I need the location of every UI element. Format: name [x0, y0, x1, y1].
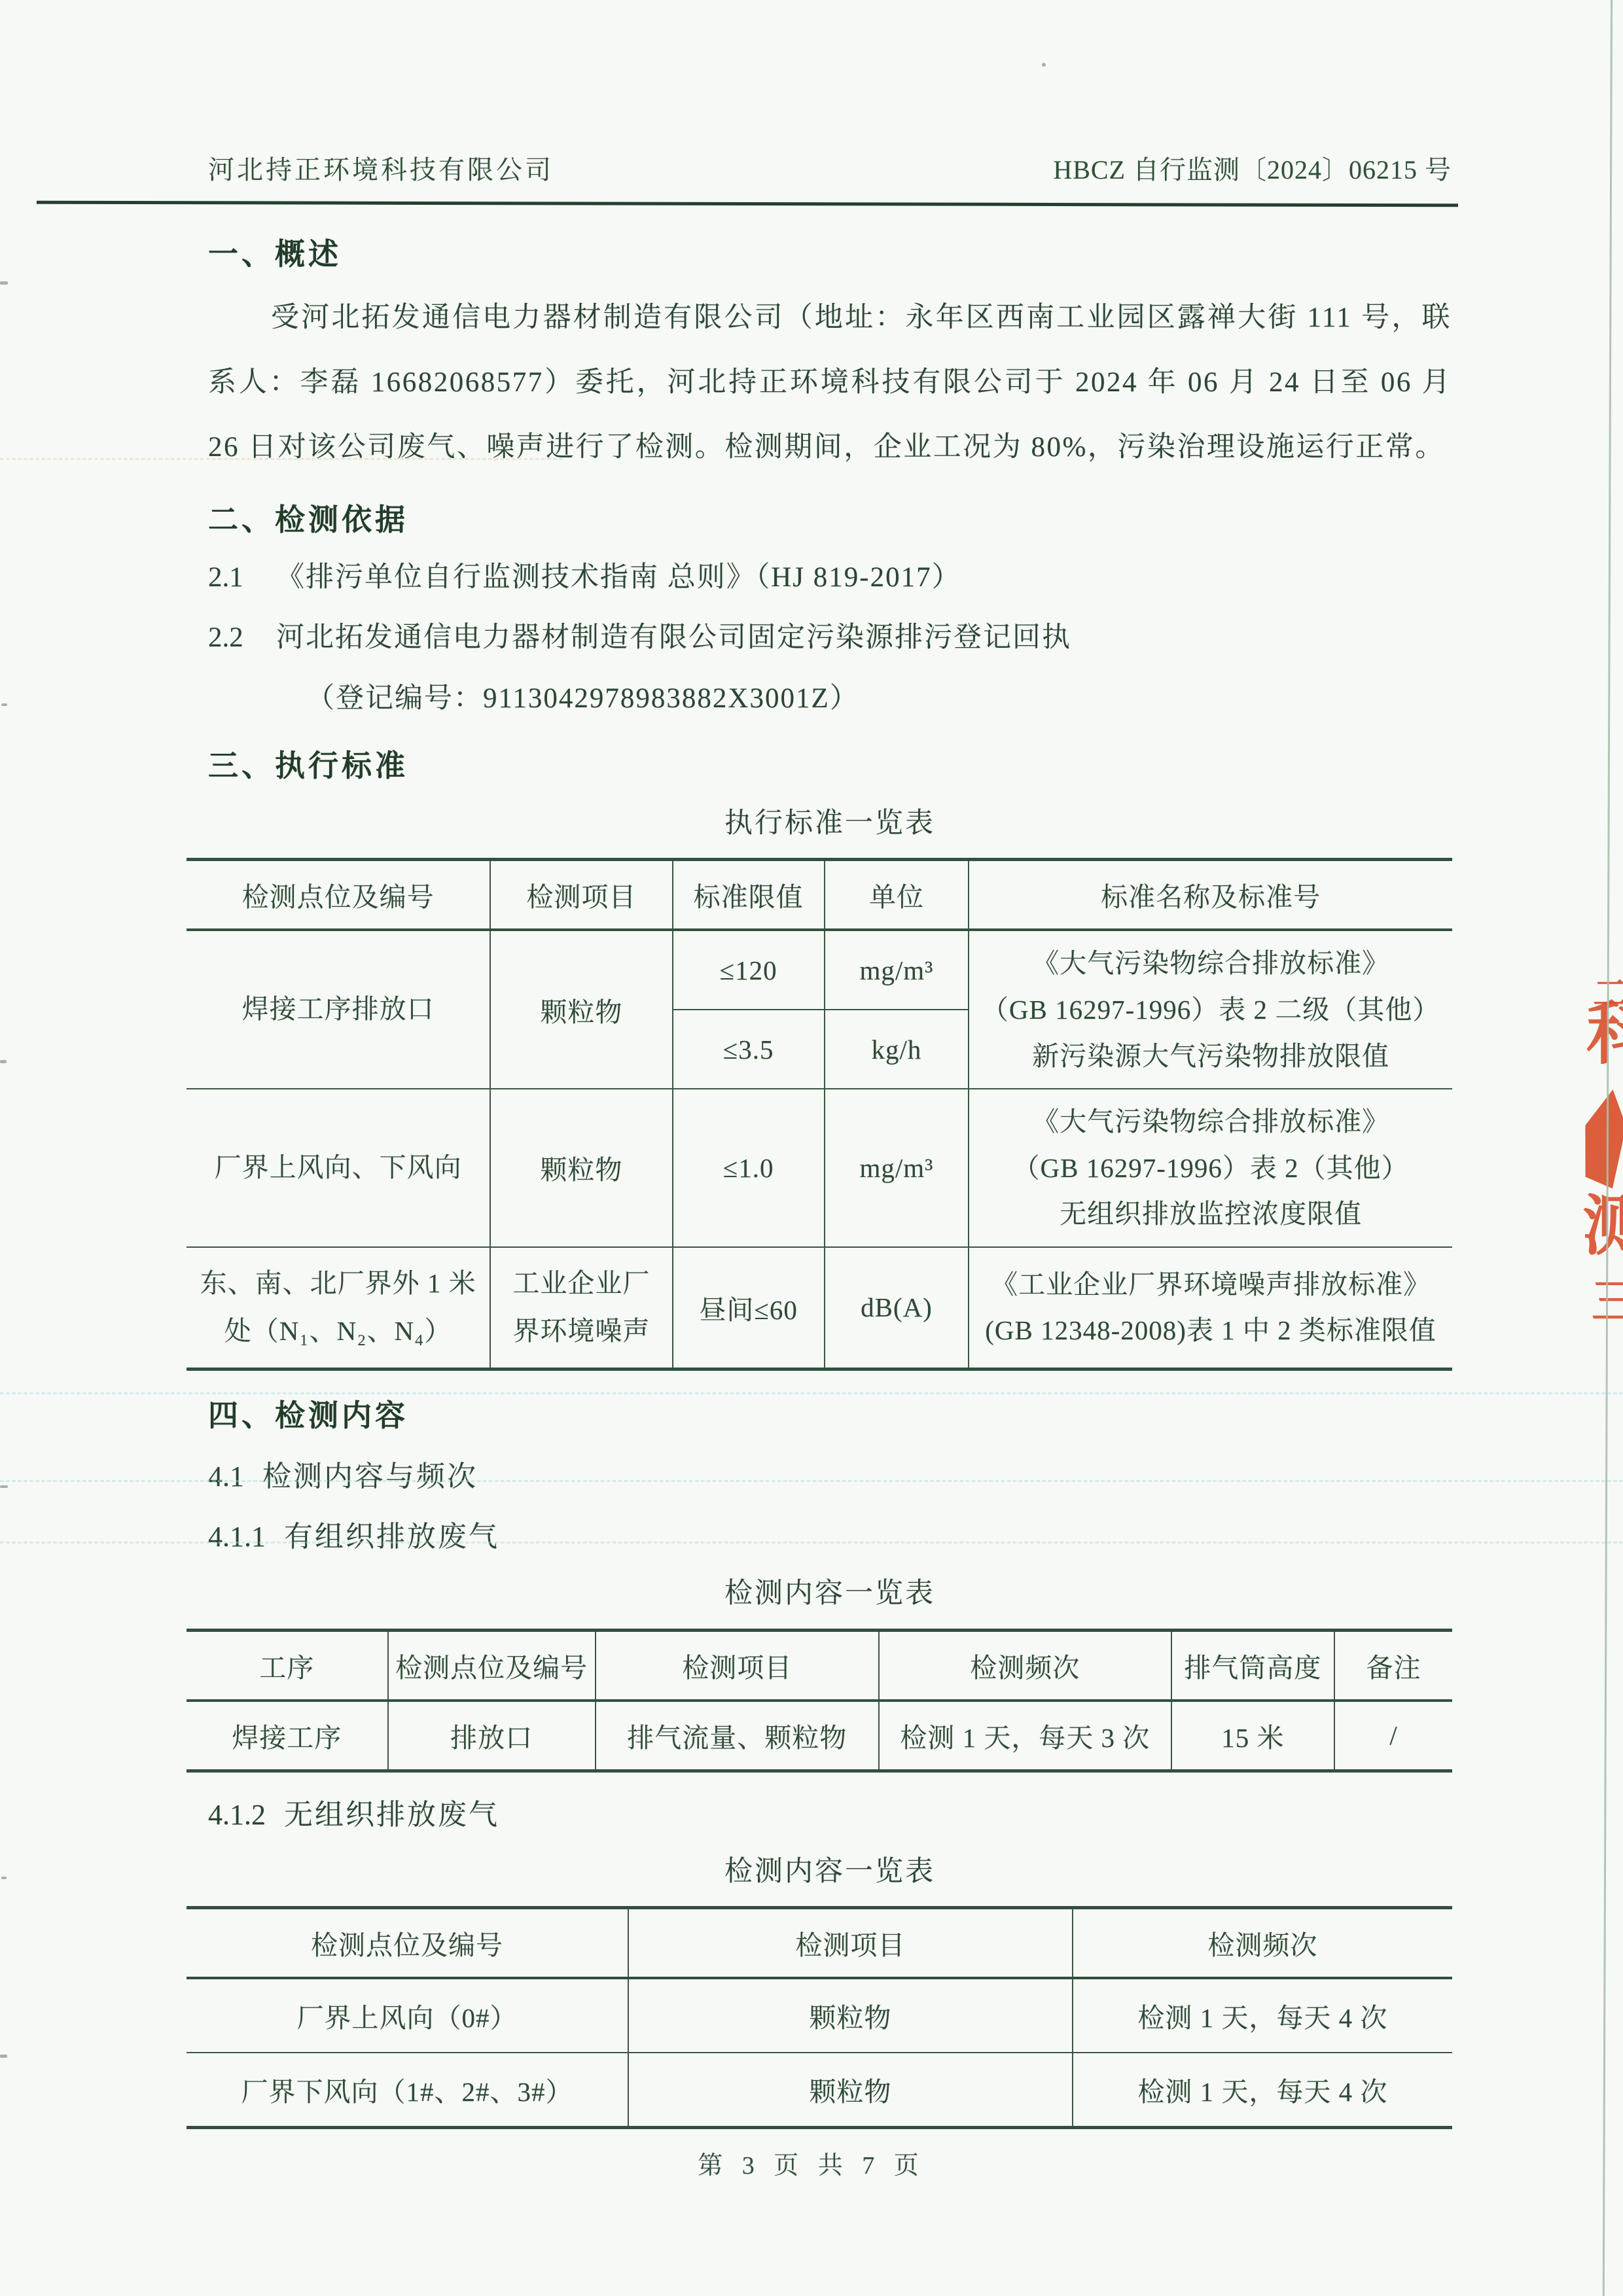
subsection-4-1-1: 4.1.1 有组织排放废气: [208, 1515, 1452, 1559]
table-row: 厂界下风向（1#、2#、3#） 颗粒物 检测 1 天，每天 4 次: [187, 2053, 1452, 2128]
basis-item-2-text: 河北拓发通信电力器材制造有限公司固定污染源排污登记回执: [276, 608, 1071, 668]
standards-r1-unit-a: mg/m³: [825, 930, 969, 1010]
section-2-heading: 二、检测依据: [208, 497, 1452, 542]
standards-r3-standard: 《工业企业厂界环境噪声排放标准》 (GB 12348-2008)表 1 中 2 …: [969, 1247, 1452, 1369]
scan-artifact: [1, 703, 7, 706]
table-row: 厂界上风向（0#） 颗粒物 检测 1 天，每天 4 次: [187, 1978, 1452, 2053]
organized-table-title: 检测内容一览表: [208, 1573, 1452, 1616]
organized-header-row: 工序 检测点位及编号 检测项目 检测频次 排气筒高度 备注: [187, 1630, 1452, 1701]
organized-header-remark: 备注: [1334, 1630, 1452, 1701]
table-row: 焊接工序排放口 颗粒物 ≤120 mg/m³ 《大气污染物综合排放标准》 （GB…: [187, 930, 1452, 1010]
standards-r3-point: 东、南、北厂界外 1 米 处（N₁、N₂、N₄）: [187, 1247, 490, 1369]
organized-emission-table: 工序 检测点位及编号 检测项目 检测频次 排气筒高度 备注 焊接工序 排放口 排…: [187, 1629, 1452, 1773]
section-4-number: 四、: [208, 1399, 275, 1432]
organized-r1-item: 排气流量、颗粒物: [596, 1701, 879, 1771]
organized-header-stack-height: 排气筒高度: [1171, 1630, 1334, 1701]
standards-r1-unit-b: kg/h: [825, 1010, 969, 1089]
standards-r1-limit-b: ≤3.5: [673, 1010, 825, 1089]
standards-r3-limit: 昼间≤60: [673, 1247, 825, 1369]
section-1-number: 一、: [208, 238, 275, 271]
standards-r1-item: 颗粒物: [490, 930, 672, 1089]
table-row: 厂界上风向、下风向 颗粒物 ≤1.0 mg/m³ 《大气污染物综合排放标准》 （…: [187, 1089, 1452, 1247]
subsection-4-1-1-number: 4.1.1: [208, 1515, 266, 1559]
basis-item-1: 2.1 《排污单位自行监测技术指南 总则》（HJ 819-2017）: [208, 548, 1452, 608]
section-2-title: 检测依据: [275, 503, 408, 537]
unorganized-r2-point: 厂界下风向（1#、2#、3#）: [187, 2053, 628, 2128]
standards-header-item: 检测项目: [490, 860, 672, 930]
stamp-fragment: 科: [1586, 1000, 1623, 1068]
unorganized-r2-item: 颗粒物: [628, 2053, 1073, 2128]
scan-artifact: [0, 1392, 1623, 1394]
standards-r3-unit: dB(A): [825, 1247, 969, 1369]
standards-r2-item: 颗粒物: [490, 1089, 672, 1247]
standards-header-row: 检测点位及编号 检测项目 标准限值 单位 标准名称及标准号: [187, 860, 1452, 930]
unorganized-header-item: 检测项目: [628, 1908, 1073, 1979]
table-row: 焊接工序 排放口 排气流量、颗粒物 检测 1 天，每天 3 次 15 米 /: [187, 1701, 1452, 1771]
section-3-number: 三、: [208, 749, 275, 783]
subsection-4-1-1-title: 有组织排放废气: [284, 1515, 499, 1559]
subsection-4-1-title: 检测内容与频次: [262, 1455, 478, 1498]
stamp-ink-blob: [1577, 1086, 1623, 1189]
scan-artifact: [0, 458, 563, 460]
organized-header-frequency: 检测频次: [879, 1630, 1171, 1701]
unorganized-r2-frequency: 检测 1 天，每天 4 次: [1073, 2053, 1452, 2128]
standards-r2-unit: mg/m³: [825, 1089, 969, 1247]
unorganized-emission-table: 检测点位及编号 检测项目 检测频次 厂界上风向（0#） 颗粒物 检测 1 天，每…: [187, 1906, 1452, 2129]
unorganized-header-row: 检测点位及编号 检测项目 检测频次: [187, 1908, 1452, 1979]
subsection-4-1-2-title: 无组织排放废气: [284, 1793, 499, 1837]
page-header: 河北持正环境科技有限公司 HBCZ 自行监测〔2024〕06215 号: [208, 0, 1452, 186]
standards-table-title: 执行标准一览表: [208, 803, 1452, 845]
organized-r1-remark: /: [1334, 1701, 1452, 1771]
doc-number: HBCZ 自行监测〔2024〕06215 号: [1053, 149, 1452, 186]
basis-item-2-number: 2.2: [208, 608, 276, 668]
organized-r1-process: 焊接工序: [187, 1701, 388, 1771]
standards-header-limit: 标准限值: [673, 860, 825, 930]
standards-r1-limit-a: ≤120: [673, 930, 825, 1010]
organized-r1-stack-height: 15 米: [1171, 1701, 1334, 1771]
basis-item-2-registration: （登记编号：9113042978983882X3001Z）: [306, 669, 1452, 729]
scan-artifact: [0, 1485, 8, 1488]
organized-header-process: 工序: [187, 1630, 388, 1701]
standards-header-standard: 标准名称及标准号: [969, 860, 1452, 930]
scan-artifact: [0, 2055, 7, 2058]
scan-artifact: [1042, 63, 1046, 67]
scan-artifact: [0, 1060, 7, 1063]
overview-paragraph: 受河北拓发通信电力器材制造有限公司（地址：永年区西南工业园区露禅大街 111 号…: [208, 286, 1452, 480]
scan-artifact: [0, 1480, 1623, 1482]
standards-header-point: 检测点位及编号: [187, 860, 490, 930]
section-4-title: 检测内容: [275, 1399, 408, 1432]
standards-table: 检测点位及编号 检测项目 标准限值 单位 标准名称及标准号 焊接工序排放口 颗粒…: [187, 858, 1452, 1371]
scan-artifact: [0, 281, 8, 285]
subsection-4-1: 4.1 检测内容与频次: [208, 1455, 1452, 1498]
basis-items: 2.1 《排污单位自行监测技术指南 总则》（HJ 819-2017） 2.2 河…: [208, 548, 1452, 729]
section-4-heading: 四、检测内容: [208, 1393, 1452, 1438]
unorganized-header-frequency: 检测频次: [1073, 1908, 1452, 1979]
basis-item-2: 2.2 河北拓发通信电力器材制造有限公司固定污染源排污登记回执: [208, 608, 1452, 668]
basis-item-1-number: 2.1: [208, 548, 276, 608]
standards-r2-limit: ≤1.0: [673, 1089, 825, 1247]
standards-r1-point: 焊接工序排放口: [187, 930, 490, 1089]
organized-r1-point: 排放口: [388, 1701, 596, 1771]
standards-r2-standard: 《大气污染物综合排放标准》 （GB 16297-1996）表 2（其他） 无组织…: [969, 1089, 1452, 1247]
scanned-report-page: 河北持正环境科技有限公司 HBCZ 自行监测〔2024〕06215 号 一、概述…: [0, 0, 1623, 2296]
stamp-fragment: 测: [1582, 1193, 1623, 1259]
subsection-4-1-2: 4.1.2 无组织排放废气: [208, 1793, 1452, 1837]
subsection-4-1-2-number: 4.1.2: [208, 1793, 266, 1837]
unorganized-r1-point: 厂界上风向（0#）: [187, 1978, 628, 2053]
unorganized-r1-frequency: 检测 1 天，每天 4 次: [1073, 1978, 1452, 2053]
company-name: 河北持正环境科技有限公司: [208, 149, 554, 186]
page-footer: 第 3 页 共 7 页: [0, 2145, 1623, 2181]
header-divider: [37, 201, 1458, 207]
organized-header-item: 检测项目: [596, 1630, 879, 1701]
scan-artifact: [1, 1877, 7, 1879]
section-1-heading: 一、概述: [208, 232, 1452, 277]
organized-header-point: 检测点位及编号: [388, 1630, 596, 1701]
unorganized-header-point: 检测点位及编号: [187, 1908, 628, 1979]
section-3-title: 执行标准: [275, 749, 408, 783]
unorganized-table-title: 检测内容一览表: [208, 1851, 1452, 1894]
section-2-number: 二、: [208, 503, 275, 537]
section-3-heading: 三、执行标准: [208, 743, 1452, 788]
basis-item-1-text: 《排污单位自行监测技术指南 总则》（HJ 819-2017）: [276, 548, 961, 608]
table-row: 东、南、北厂界外 1 米 处（N₁、N₂、N₄） 工业企业厂 界环境噪声 昼间≤…: [187, 1247, 1452, 1369]
standards-r2-point: 厂界上风向、下风向: [187, 1089, 490, 1247]
standards-header-unit: 单位: [825, 860, 969, 930]
unorganized-r1-item: 颗粒物: [628, 1978, 1073, 2053]
subsection-4-1-number: 4.1: [208, 1455, 244, 1498]
page-content: 河北持正环境科技有限公司 HBCZ 自行监测〔2024〕06215 号 一、概述…: [208, 0, 1452, 2129]
scan-artifact: [0, 1542, 1623, 1544]
standards-r1-standard: 《大气污染物综合排放标准》 （GB 16297-1996）表 2 二级（其他） …: [969, 930, 1452, 1089]
standards-r3-item: 工业企业厂 界环境噪声: [490, 1247, 672, 1369]
organized-r1-frequency: 检测 1 天，每天 3 次: [879, 1701, 1171, 1771]
section-1-title: 概述: [275, 238, 342, 271]
